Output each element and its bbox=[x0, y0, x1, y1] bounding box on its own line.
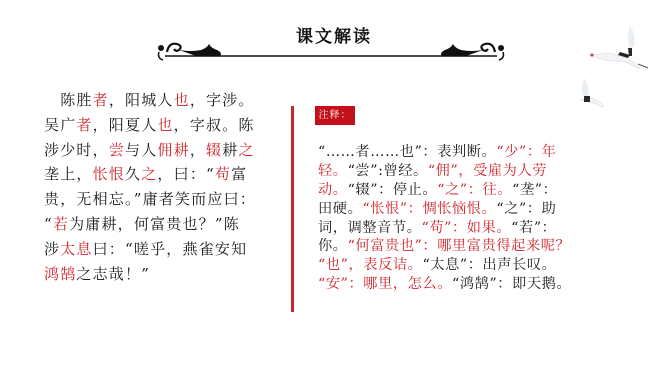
note-line: “……者……也”：表判断。“少”：年 bbox=[318, 143, 640, 162]
annotation-notes: “……者……也”：表判断。“少”：年轻。“尝”:曾经。“佣”，受雇为人劳动。“辍… bbox=[318, 143, 640, 294]
note-line: 轻。“尝”:曾经。“佣”，受雇为人劳 bbox=[318, 162, 640, 181]
text-segment: 词，调整音节。 bbox=[318, 220, 422, 236]
text-segment: “尝”:曾经。 bbox=[348, 163, 428, 179]
text-segment: 为庸耕，何富贵也？”陈 bbox=[69, 215, 240, 233]
text-segment: ， bbox=[190, 141, 206, 159]
highlighted-term: “苟”：如果。 bbox=[422, 220, 512, 236]
note-line: 你。“何富贵也”：哪里富贵得起来呢？ bbox=[318, 237, 640, 256]
text-segment: “辍”：停止。 bbox=[348, 182, 438, 198]
text-segment: 你。 bbox=[318, 238, 348, 254]
text-segment: 田硬。 bbox=[318, 201, 362, 217]
classical-passage: 陈胜者，阳城人也，字涉。吴广者，阳夏人也，字叔。陈涉少时，尝与人佣耕，辍耕之垄上… bbox=[44, 88, 284, 286]
text-segment: 陈胜 bbox=[44, 91, 93, 109]
highlighted-term: 辍 bbox=[206, 141, 222, 159]
highlighted-term: 之 bbox=[238, 141, 254, 159]
text-segment: ，阳城人 bbox=[109, 91, 174, 109]
scroll-ornament-icon bbox=[155, 36, 507, 62]
note-line: 词，调整音节。“苟”：如果。“若”： bbox=[318, 219, 640, 238]
highlighted-term: “少”：年 bbox=[496, 144, 556, 160]
note-line: 动。“辍”：停止。“之”：往。“垄”： bbox=[318, 181, 640, 200]
text-segment: 之志哉！” bbox=[76, 265, 150, 283]
flying-cranes-icon bbox=[580, 18, 668, 108]
text-segment: “鸿鹄”：即天鹅。 bbox=[452, 276, 571, 292]
passage-line: 垄上，怅恨久之，曰：“苟富 bbox=[44, 162, 284, 187]
highlighted-term: 者 bbox=[93, 91, 109, 109]
highlighted-term: “也”，表反诘。 bbox=[318, 257, 422, 273]
highlighted-term: 怅恨 bbox=[93, 165, 125, 183]
text-segment: 耕 bbox=[222, 141, 238, 159]
note-line: “安”：哪里，怎么。“鸿鹄”：即天鹅。 bbox=[318, 275, 640, 294]
highlighted-term: 鸿鹄 bbox=[44, 265, 76, 283]
text-segment: 富 bbox=[231, 165, 247, 183]
text-segment: “垄”： bbox=[512, 182, 557, 198]
text-segment: 贵，无相忘。”庸者笑而应曰： bbox=[44, 190, 256, 208]
passage-line: 涉太息曰：“嗟乎，燕雀安知 bbox=[44, 237, 284, 262]
text-segment: 垄上， bbox=[44, 165, 93, 183]
text-segment: “若”： bbox=[511, 220, 556, 236]
text-segment: ，阳夏人 bbox=[93, 116, 158, 134]
highlighted-term: 也 bbox=[174, 91, 190, 109]
text-segment: 久 bbox=[125, 165, 141, 183]
text-segment: ，字涉。 bbox=[190, 91, 255, 109]
passage-line: 陈胜者，阳城人也，字涉。 bbox=[44, 88, 284, 113]
highlighted-term: 苟 bbox=[215, 165, 231, 183]
highlighted-term: 也 bbox=[157, 116, 173, 134]
text-segment: 涉 bbox=[44, 240, 60, 258]
highlighted-term: “之”：往。 bbox=[437, 182, 512, 198]
text-segment: 与人 bbox=[125, 141, 157, 159]
text-segment: “之”：助 bbox=[496, 201, 556, 217]
highlighted-term: “佣”，受雇为人劳 bbox=[428, 163, 547, 179]
highlighted-term: 动。 bbox=[318, 182, 348, 198]
highlighted-term: “安”：哪里，怎么。 bbox=[318, 276, 452, 292]
passage-line: 鸿鹄之志哉！” bbox=[44, 262, 284, 287]
passage-line: 贵，无相忘。”庸者笑而应曰： bbox=[44, 187, 284, 212]
passage-line: “若为庸耕，何富贵也？”陈 bbox=[44, 212, 284, 237]
text-segment: 吴广 bbox=[44, 116, 76, 134]
highlighted-term: 之 bbox=[141, 165, 157, 183]
text-segment: “太息”：出声长叹。 bbox=[422, 257, 556, 273]
text-segment: ，曰：“ bbox=[157, 165, 214, 183]
highlighted-term: “怅恨”：惆怅恼恨。 bbox=[362, 201, 496, 217]
highlighted-term: 者 bbox=[76, 116, 92, 134]
red-vertical-divider bbox=[291, 106, 294, 312]
highlighted-term: 太息 bbox=[60, 240, 92, 258]
text-segment: 曰：“嗟乎，燕雀安知 bbox=[93, 240, 248, 258]
text-segment: 涉少时， bbox=[44, 141, 109, 159]
highlighted-term: 尝 bbox=[109, 141, 125, 159]
passage-line: 涉少时，尝与人佣耕，辍耕之 bbox=[44, 138, 284, 163]
note-line: 田硬。“怅恨”：惆怅恼恨。“之”：助 bbox=[318, 200, 640, 219]
highlighted-term: 佣耕 bbox=[157, 141, 189, 159]
note-line: “也”，表反诘。“太息”：出声长叹。 bbox=[318, 256, 640, 275]
notes-label: 注释： bbox=[315, 106, 355, 125]
text-segment: “……者……也”：表判断。 bbox=[318, 144, 496, 160]
text-segment: “ bbox=[44, 215, 53, 233]
text-segment: ，字叔。陈 bbox=[174, 116, 255, 134]
highlighted-term: 轻。 bbox=[318, 163, 348, 179]
passage-line: 吴广者，阳夏人也，字叔。陈 bbox=[44, 113, 284, 138]
highlighted-term: “何富贵也”：哪里富贵得起来呢？ bbox=[348, 238, 571, 254]
highlighted-term: 若 bbox=[53, 215, 69, 233]
